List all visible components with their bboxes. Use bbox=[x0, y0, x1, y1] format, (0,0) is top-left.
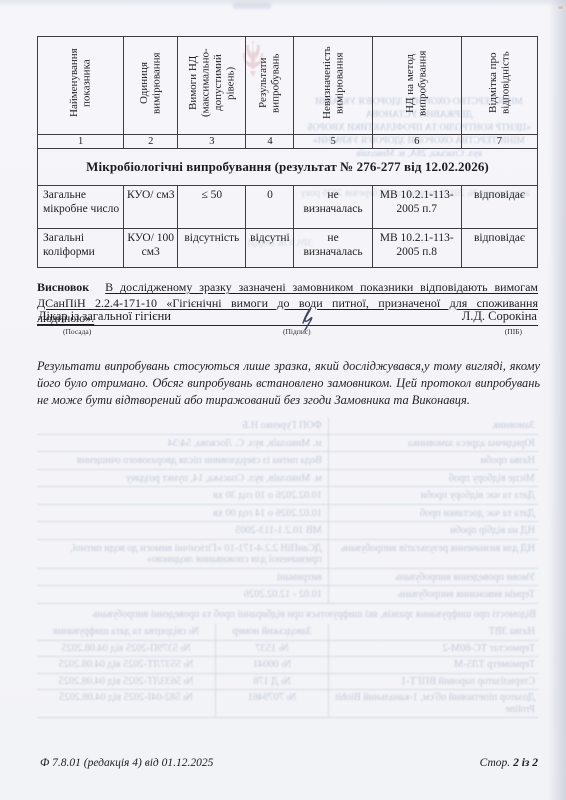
cell-requirement: ≤ 50 bbox=[178, 186, 246, 229]
bleedthrough-form-row: Назва проби Вода питна із свердловини пі… bbox=[37, 452, 538, 470]
section-title: Мікробіологічні випробування (результат … bbox=[38, 149, 538, 186]
cell-unit: КУО/ 100 см3 bbox=[124, 229, 178, 268]
column-number: 4 bbox=[246, 135, 294, 149]
cell-compliance: відповідає bbox=[461, 186, 537, 229]
header-cell: Одиниця вимірювання bbox=[124, 37, 178, 135]
bleedthrough-value: м. Миколаїв, вул. Спаська, 14, пункт роз… bbox=[37, 470, 329, 487]
column-header: Вимоги НД (максимально-допустимий рівень… bbox=[187, 39, 237, 127]
bleedthrough-instrument-row: Термостат ТС-80М-2 № 1537 № 5379П-2025 в… bbox=[37, 641, 538, 658]
bleedthrough-instrument-row: Термометр ТЛ5-М № 00041 № 5537ЛТ-2025 ві… bbox=[37, 657, 538, 674]
bleedthrough-cell: Дозатор піпетковий об'єм, 1-канальний Bi… bbox=[329, 690, 538, 717]
bleedthrough-cell: № 00041 bbox=[216, 657, 329, 673]
conclusion-label: Висновок bbox=[37, 280, 89, 294]
bleedthrough-cell: № 5379П-2025 від 04.08.2025 bbox=[37, 641, 216, 657]
page-number: Стор. 2 із 2 bbox=[480, 757, 538, 769]
results-table: Найменування показника Одиниця вимірюван… bbox=[37, 36, 538, 268]
cell-requirement: відсутність bbox=[178, 229, 246, 268]
cell-indicator: Загальні коліформи bbox=[38, 229, 124, 268]
header-cell: Невизначеність вимірювання bbox=[294, 37, 372, 135]
bleedthrough-cell: № Д 178 bbox=[216, 674, 329, 690]
column-number: 6 bbox=[372, 135, 461, 149]
bleedthrough-cell: № 7079461 bbox=[216, 690, 329, 717]
bleedthrough-instrument-row: Стерилізатор паровий ВПГТ-1 № Д 178 № 56… bbox=[37, 674, 538, 691]
bleedthrough-form-row: Дата та час доставки проб 10.02.2026 о 1… bbox=[37, 505, 538, 523]
bleedthrough-instrument-row: Дозатор піпетковий об'єм, 1-канальний Bi… bbox=[37, 690, 538, 718]
column-header: Невизначеність вимірювання bbox=[321, 39, 346, 127]
bleedthrough-form: Замовник ФОП Гуренко Н.Б Юридична адреса… bbox=[37, 417, 538, 718]
bleedthrough-label: НД на відбір проби bbox=[329, 522, 538, 539]
form-reference: Ф 7.8.01 (редакція 4) від 01.12.2025 bbox=[40, 757, 213, 769]
table-header-row: Найменування показника Одиниця вимірюван… bbox=[38, 37, 538, 135]
table-row: Загальне мікробне число КУО/ см3 ≤ 50 0 … bbox=[38, 186, 538, 229]
cell-result: 0 bbox=[246, 186, 294, 229]
scan-top-shadow bbox=[0, 0, 566, 7]
cell-compliance: відповідає bbox=[461, 229, 537, 268]
bleedthrough-label: Назва проби bbox=[329, 452, 538, 469]
caption-signature: (Підпис) bbox=[283, 327, 311, 336]
header-cell: Відмітка про відповідність bbox=[461, 37, 537, 135]
signature-line: Лікар із загальної гігієни Л.Д. Сорокіна bbox=[37, 301, 538, 326]
bleedthrough-form-row: Замовник ФОП Гуренко Н.Б bbox=[37, 417, 538, 435]
bleedthrough-value: 10.02.2026 о 10 год 30 хв bbox=[37, 487, 329, 504]
page-label: Стор. bbox=[480, 757, 511, 769]
header-cell: Вимоги НД (максимально-допустимий рівень… bbox=[178, 37, 246, 135]
bleedthrough-cell: Термостат ТС-80М-2 bbox=[329, 641, 538, 657]
caption-role: (Посада) bbox=[63, 327, 91, 336]
bleedthrough-col-header: Назва ЗВТ bbox=[329, 624, 538, 640]
scan-artifact-dot bbox=[558, 6, 563, 9]
bleedthrough-form-row: Юридична адреса замовника м. Миколаїв, в… bbox=[37, 435, 538, 453]
bleedthrough-value: МВ 10.2.1-113-2005 bbox=[37, 522, 329, 539]
caption-name: (ПІБ) bbox=[505, 327, 522, 336]
header-cell: Найменування показника bbox=[38, 37, 124, 135]
column-number-row: 1 2 3 4 5 6 7 bbox=[38, 135, 538, 149]
bleedthrough-value: витримані bbox=[37, 569, 329, 586]
bleedthrough-label: Дата та час доставки проб bbox=[329, 505, 538, 522]
table-row: Загальні коліформи КУО/ 100 см3 відсутні… bbox=[38, 229, 538, 268]
cell-method: МВ 10.2.1-113-2005 п.8 bbox=[372, 229, 461, 268]
column-number: 1 bbox=[38, 135, 124, 149]
bleedthrough-label: Дата та час відбору проби bbox=[329, 487, 538, 504]
bleedthrough-cell: № 582-04І-2025 від 04.08.2025 bbox=[37, 690, 216, 717]
bleedthrough-value: 10.02 - 12.02.2026 bbox=[37, 586, 329, 603]
bleedthrough-value: Вода питна із свердловини після дворазов… bbox=[37, 452, 329, 469]
bleedthrough-cell: № 5633ЛТ-2025 від 04.08.2025 bbox=[37, 674, 216, 690]
bleedthrough-cell: Термометр ТЛ5-М bbox=[329, 657, 538, 673]
bleedthrough-form-row: Умови проведення випробувань витримані bbox=[37, 569, 538, 587]
scan-edge-shadow bbox=[548, 0, 566, 800]
bleedthrough-form-row: Дата та час відбору проби 10.02.2026 о 1… bbox=[37, 487, 538, 505]
bleedthrough-label: Місце відбору проб bbox=[329, 470, 538, 487]
column-number: 7 bbox=[461, 135, 537, 149]
bleedthrough-cell: № 1537 bbox=[216, 641, 329, 657]
bleedthrough-label: НД для визначення результатів випробуван… bbox=[329, 540, 538, 568]
signature-captions: (Посада) (Підпис) (ПІБ) bbox=[37, 327, 538, 337]
bleedthrough-value: ФОП Гуренко Н.Б bbox=[37, 417, 329, 434]
bleedthrough-value: 10.02.2026 о 14 год 00 хв bbox=[37, 505, 329, 522]
signer-role: Лікар із загальної гігієни bbox=[38, 309, 171, 324]
bleedthrough-instruments-header: Назва ЗВТ Заводський номер № свідоцтва т… bbox=[37, 624, 538, 641]
header-cell: НД на метод випробування bbox=[372, 37, 461, 135]
section-title-row: Мікробіологічні випробування (результат … bbox=[38, 149, 538, 186]
column-header: Найменування показника bbox=[68, 39, 93, 127]
bleedthrough-form-row: Місце відбору проб м. Миколаїв, вул. Спа… bbox=[37, 470, 538, 488]
bleedthrough-form-row: Термін виконання випробувань 10.02 - 12.… bbox=[37, 586, 538, 604]
column-number: 2 bbox=[124, 135, 178, 149]
cell-uncertainty: не визначалась bbox=[294, 229, 372, 268]
bleedthrough-label: Термін виконання випробувань bbox=[329, 586, 538, 603]
bleedthrough-label: Юридична адреса замовника bbox=[329, 435, 538, 452]
signer-name: Л.Д. Сорокіна bbox=[462, 309, 537, 324]
bleedthrough-value: ДСанПіН 2.2.4-171-10 «Гігієнічні вимоги … bbox=[37, 540, 329, 568]
bleedthrough-value: м. Миколаїв, вул. С. Лоскова, 54/34 bbox=[37, 435, 329, 452]
column-header: Відмітка про відповідність bbox=[487, 39, 512, 127]
column-header: НД на метод випробування bbox=[404, 39, 429, 127]
disclaimer-paragraph: Результати випробувань стосуються лише з… bbox=[37, 358, 540, 409]
cell-unit: КУО/ см3 bbox=[124, 186, 178, 229]
bleedthrough-cell: № 5537ЛТ-2025 від 04.08.2025 bbox=[37, 657, 216, 673]
bleedthrough-cell: Стерилізатор паровий ВПГТ-1 bbox=[329, 674, 538, 690]
bleedthrough-label: Замовник bbox=[329, 417, 538, 434]
column-header: Одиниця вимірювання bbox=[138, 39, 163, 127]
bleedthrough-label: Умови проведення випробувань bbox=[329, 569, 538, 586]
page-value: 2 із 2 bbox=[513, 757, 538, 769]
header-cell: Результати випробувань bbox=[246, 37, 294, 135]
cell-method: МВ 10.2.1-113-2005 п.7 bbox=[372, 186, 461, 229]
bleedthrough-col-header: № свідоцтва та дата шифрування bbox=[37, 624, 216, 640]
bleedthrough-form-row: НД для визначення результатів випробуван… bbox=[37, 540, 538, 569]
cell-result: відсутні bbox=[246, 229, 294, 268]
column-number: 3 bbox=[178, 135, 246, 149]
cell-indicator: Загальне мікробне число bbox=[38, 186, 124, 229]
bleedthrough-top-smudge bbox=[233, 2, 271, 9]
bleedthrough-form-row: НД на відбір проби МВ 10.2.1-113-2005 bbox=[37, 522, 538, 540]
column-header: Результати випробувань bbox=[257, 39, 282, 127]
bleedthrough-col-header: Заводський номер bbox=[216, 624, 329, 640]
cell-uncertainty: не визначалась bbox=[294, 186, 372, 229]
bleedthrough-note: Відомості про шифрування зразків, які ши… bbox=[37, 604, 538, 625]
column-number: 5 bbox=[294, 135, 372, 149]
